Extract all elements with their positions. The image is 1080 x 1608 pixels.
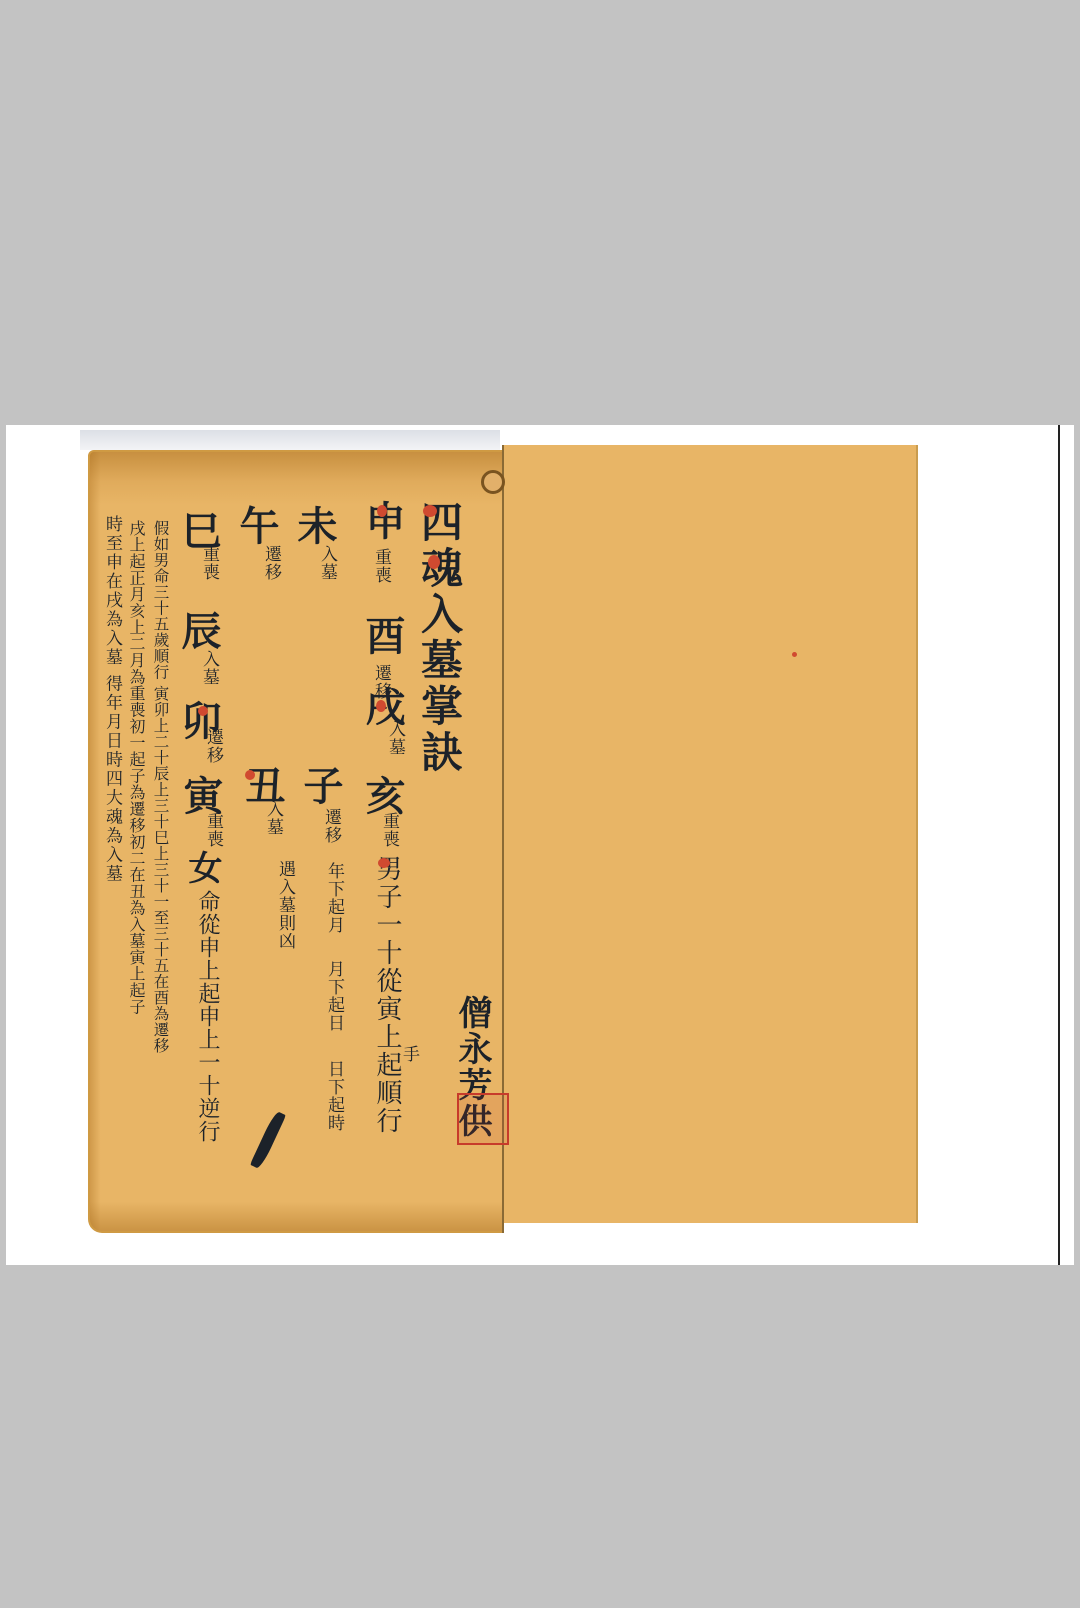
red-ink-mark [378,858,390,868]
page-top-shadow [80,430,500,450]
male-rule-text: 男子一十從寅上起順行 [374,855,400,1135]
example-text-col2: 戌上起正月亥上二月為重喪初一起子為遷移初二在丑為入墓寅上起子 [128,520,144,1015]
red-ink-mark [376,700,386,712]
note-chen: 入墓 [200,650,217,686]
note-wei: 入墓 [318,545,335,581]
month-rule: 年下起月 [325,862,342,934]
marginal-note-hand: 手 [400,1045,417,1063]
branch-zi: 子 [300,765,340,811]
hour-rule: 日下起時 [325,1060,342,1132]
tomb-warning: 遇入墓則凶 [276,860,293,950]
red-seal-stamp-icon [457,1093,509,1145]
example-text-col1: 假如男命三十五歲順行 寅卯上二十辰上三十巳上三十一至三十五在酉為遷移 [152,520,168,1053]
red-ink-speck [792,652,797,657]
red-ink-mark [198,706,208,716]
binding-hole-icon [481,470,505,494]
branch-you: 酉 [362,615,402,661]
note-chou: 入墓 [264,800,281,836]
note-shen: 重喪 [372,548,389,584]
note-hai: 重喪 [380,812,397,848]
example-text-col3: 時至申在戌為入墓 得年月日時四大魂為入墓 [103,515,120,883]
red-ink-mark [423,505,437,517]
note-mao: 遷移 [204,728,221,764]
note-si: 重喪 [200,545,217,581]
red-ink-mark [377,505,387,517]
note-xu: 入墓 [386,720,403,756]
note-zi: 遷移 [322,808,339,844]
red-ink-mark [245,770,255,780]
right-page-blank [504,445,918,1223]
red-ink-mark [428,555,440,569]
female-marker: 女 [185,850,219,890]
day-rule: 月下起日 [325,960,342,1032]
document-title: 四魂入墓掌訣 [418,500,460,776]
frame-border-line [1058,425,1060,1265]
note-wu: 遷移 [262,545,279,581]
note-yin: 重喪 [204,812,221,848]
female-rule-text: 命從申上起申上一十逆行 [196,890,218,1143]
